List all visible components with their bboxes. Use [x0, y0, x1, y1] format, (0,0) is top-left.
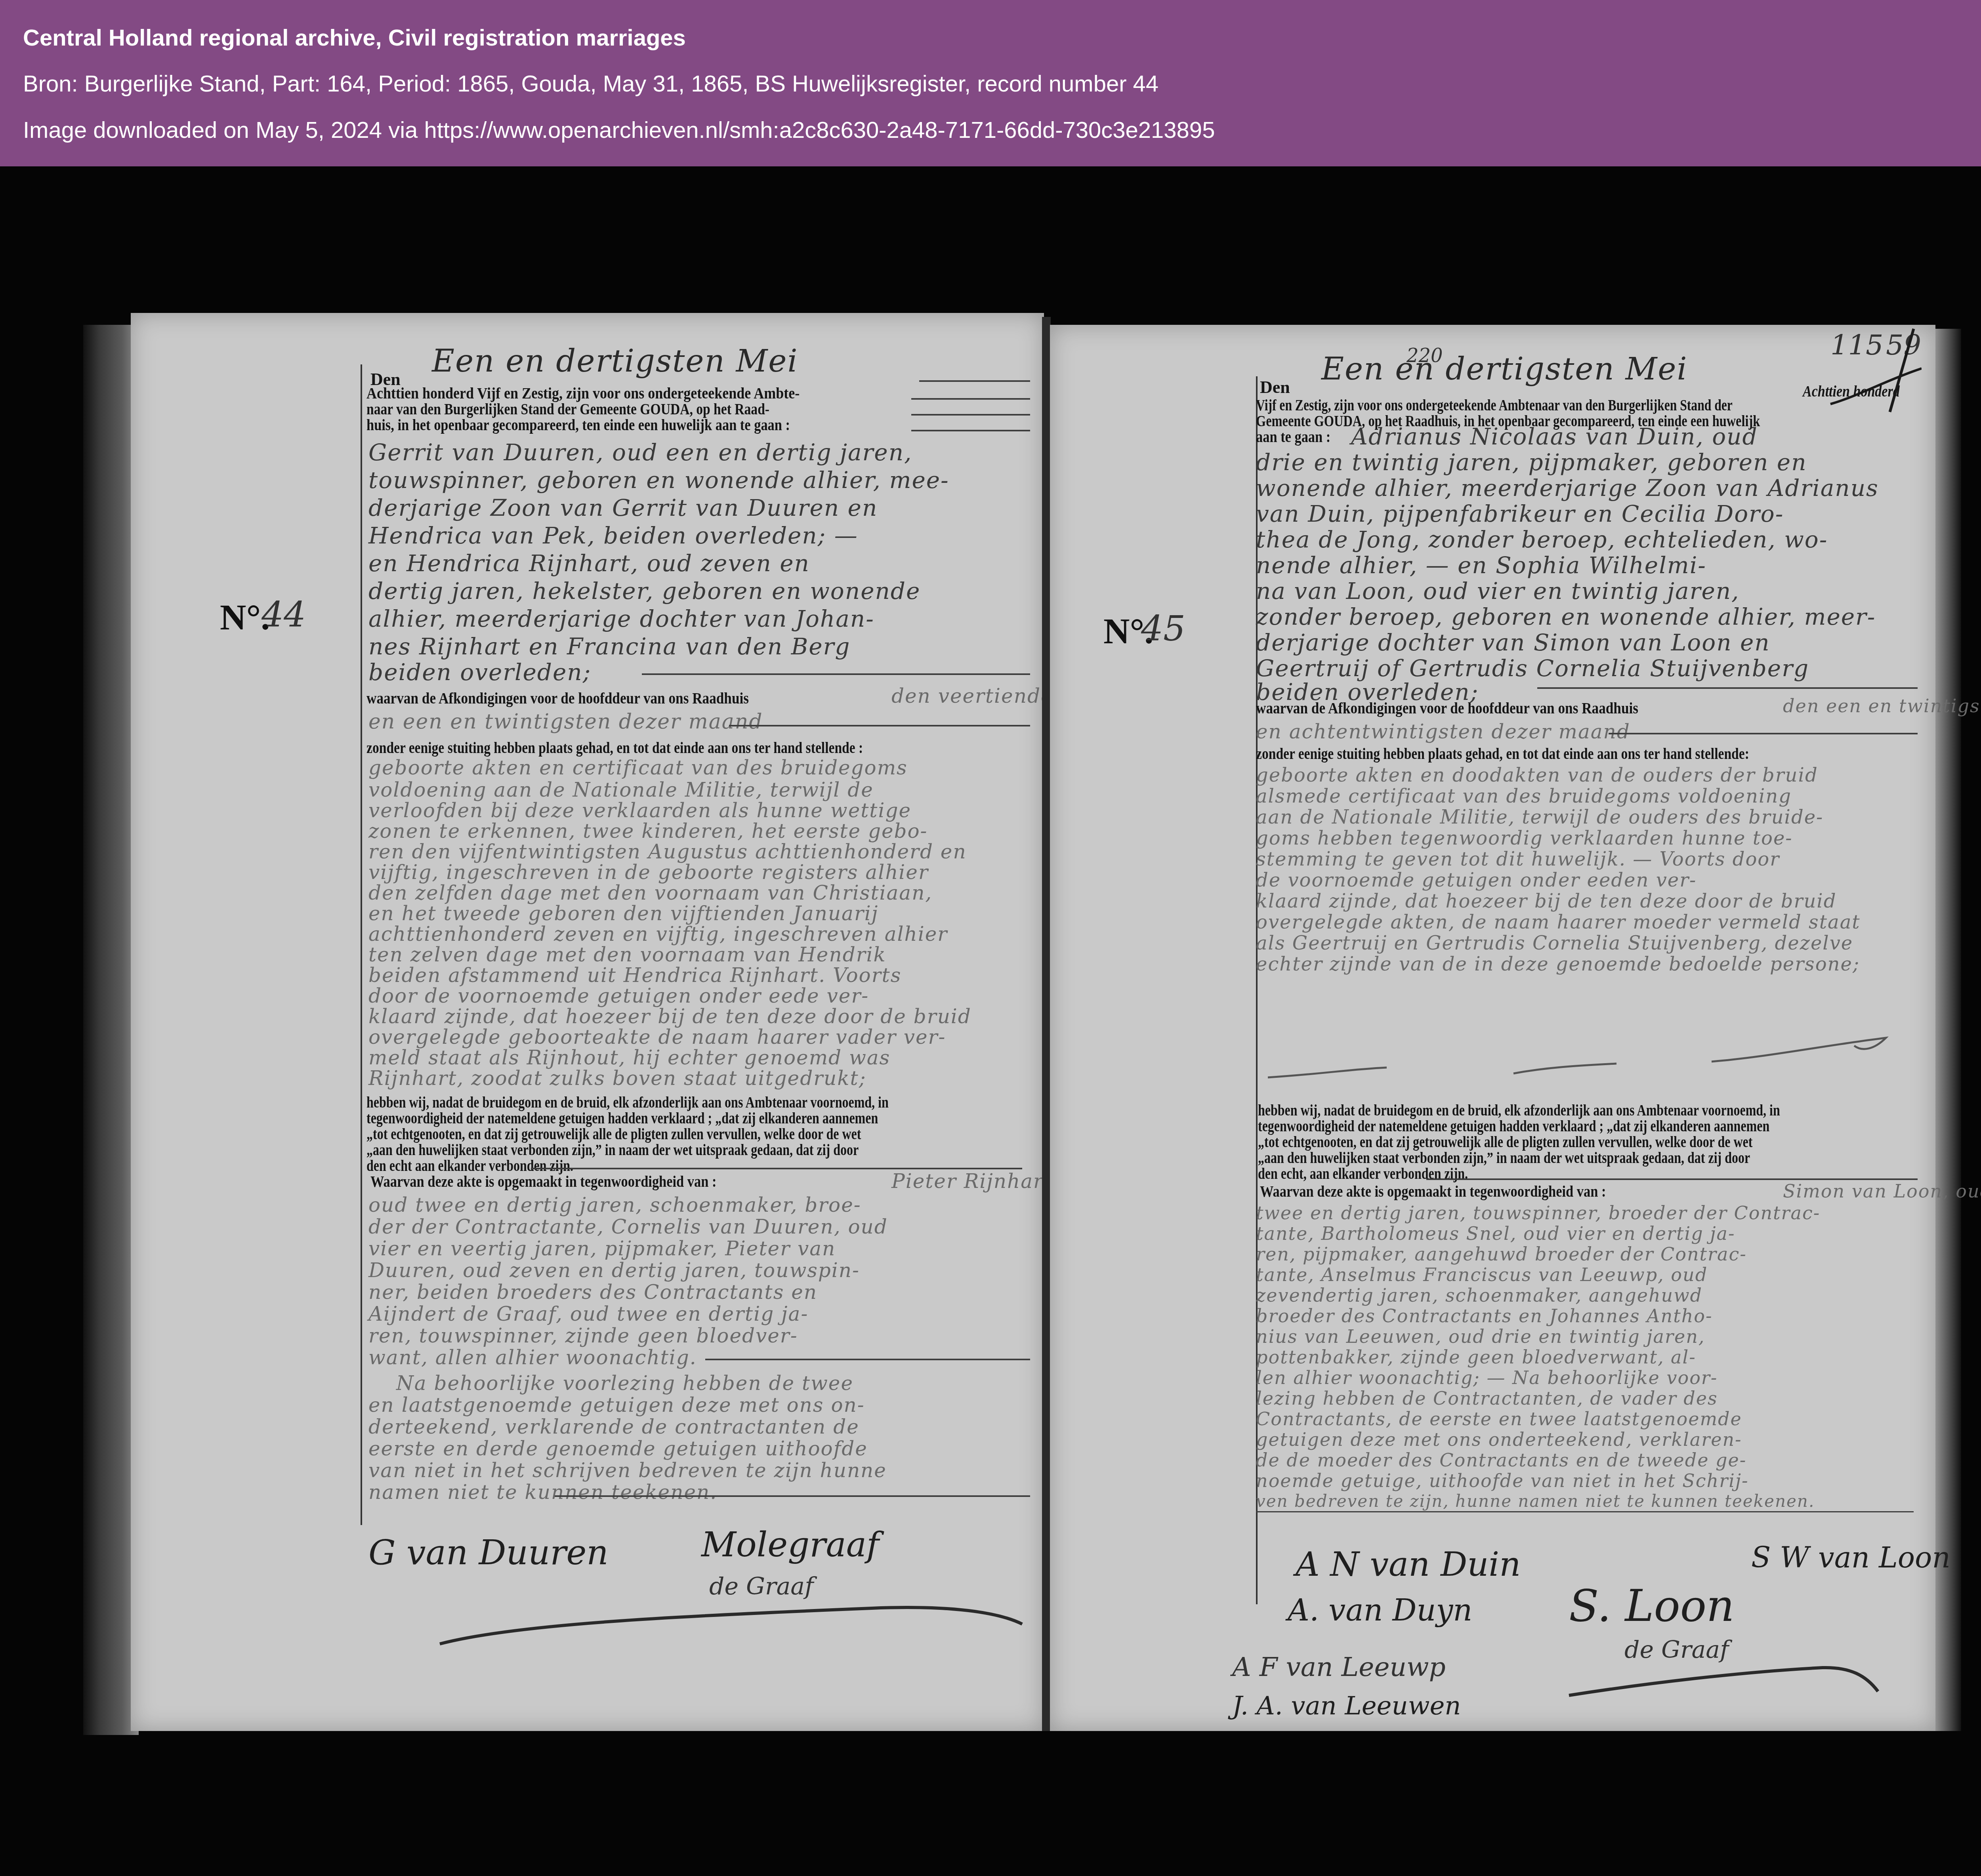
record-number-left: 44: [261, 594, 306, 635]
proclamation-date-2-right: en achtentwintigsten dezer maand: [1256, 719, 1630, 744]
intro-line-0-right: Achttien honderd: [1803, 382, 1900, 400]
rule: [911, 414, 1030, 416]
parties-line: derjarige Zoon van Gerrit van Duuren en: [368, 495, 878, 520]
bride-name-line: nende alhier, — en Sophia Wilhelmi-: [1256, 553, 1706, 578]
signature-groom-right: A N van Duin: [1296, 1545, 1521, 1584]
rule: [1256, 1511, 1914, 1512]
closing-line: namen niet te kunnen teekenen.: [368, 1479, 717, 1505]
source-citation: Bron: Burgerlijke Stand, Part: 164, Peri…: [23, 71, 1158, 97]
parties-line: na van Loon, oud vier en twintig jaren,: [1256, 578, 1740, 604]
parties-line: zonder beroep, geboren en wonende alhier…: [1256, 604, 1876, 629]
documents-line: echter zijnde van de in deze genoemde be…: [1256, 951, 1860, 977]
proclamation-date-1-left: den veertienden: [891, 683, 1067, 709]
record-number-right: 45: [1141, 608, 1185, 649]
documents-text-right: zonder eenige stuiting hebben plaats geh…: [1256, 745, 1749, 763]
rule: [642, 673, 1030, 675]
signature-father-right: A. van Duyn: [1288, 1592, 1472, 1628]
parties-line: wonende alhier, meerderjarige Zoon van A…: [1256, 475, 1879, 501]
rule: [919, 380, 1030, 382]
signature-witness-4-right: J. A. van Leeuwen: [1232, 1691, 1461, 1721]
bride-name-line: en Hendrica Rijnhart, oud zeven en: [368, 551, 810, 576]
signature-witness-3-right: A F van Leeuwp: [1232, 1652, 1446, 1682]
declaration-line: den echt, aan elkander verbonden zijn.: [1258, 1165, 1468, 1183]
download-info: Image downloaded on May 5, 2024 via http…: [23, 117, 1215, 143]
proclamation-date-1-right: den een en twintigsten: [1783, 693, 1981, 719]
rule: [911, 398, 1030, 400]
book-spine: [1042, 317, 1051, 1731]
rule: [1609, 733, 1918, 734]
documents-line: geboorte akten en certificaat van des br…: [368, 757, 908, 779]
rule: [555, 1495, 1030, 1497]
signature-witness-left: de Graaf: [709, 1573, 813, 1600]
witness-line: ven bedreven te zijn, hunne namen niet t…: [1256, 1489, 1815, 1514]
witnesses-printed-left: Waarvan deze akte is opgemaakt in tegenw…: [370, 1172, 716, 1191]
rule: [911, 430, 1030, 431]
book-edge-left: [83, 325, 139, 1735]
documents-line: Rijnhart, zoodat zulks boven staat uitge…: [368, 1066, 866, 1091]
groom-name-line: Adrianus Nicolaas van Duin, oud: [1351, 424, 1758, 449]
official-flourish-right: [1565, 1652, 1882, 1707]
parties-line: Hendrica van Pek, beiden overleden; —: [368, 523, 858, 548]
signature-bride-right: S W van Loon: [1751, 1541, 1950, 1574]
intro-line-3-right: aan te gaan :: [1256, 428, 1330, 446]
documents-text-left: zonder eenige stuiting hebben plaats geh…: [366, 739, 863, 757]
rule: [705, 1359, 1030, 1360]
parties-line: beiden overleden;: [368, 660, 591, 685]
parties-line: van Duin, pijpenfabrikeur en Cecilia Dor…: [1256, 501, 1784, 526]
parties-line: Geertruij of Gertrudis Cornelia Stuijven…: [1256, 656, 1809, 681]
signature-official-left: Molegraaf: [701, 1525, 879, 1565]
cancel-flourish-right: [1268, 1030, 1902, 1093]
parties-line: drie en twintig jaren, pijpmaker, gebore…: [1256, 450, 1807, 475]
signature-witness-1-right: S. Loon: [1569, 1580, 1735, 1631]
den-label-right: Den: [1260, 378, 1290, 397]
signature-groom-left: G van Duuren: [368, 1533, 609, 1573]
witnesses-printed-right: Waarvan deze akte is opgemaakt in tegenw…: [1260, 1182, 1606, 1201]
witness-line: want, allen alhier woonachtig.: [368, 1345, 697, 1370]
intro-line-3-left: huis, in het openbaar gecompareerd, ten …: [366, 416, 790, 434]
parties-line: derjarige dochter van Simon van Loon en: [1256, 630, 1770, 655]
folio-strike-mark: [1823, 325, 1922, 416]
marriage-date-left: Een en dertigsten Mei: [432, 349, 798, 374]
parties-line: thea de Jong, zonder beroep, echtelieden…: [1256, 527, 1828, 552]
witness-line: Pieter Rijnhart: [891, 1169, 1052, 1194]
marriage-date-right: Een en dertigsten Mei: [1321, 357, 1687, 382]
rule: [729, 725, 1030, 726]
groom-name-line: Gerrit van Duuren, oud een en dertig jar…: [368, 440, 912, 465]
archive-title: Central Holland regional archive, Civil …: [23, 25, 686, 51]
rule: [1537, 687, 1918, 689]
parties-line: alhier, meerderjarige dochter van Johan-: [368, 606, 874, 631]
left-margin-rule: [361, 364, 362, 1525]
proclamation-date-2-left: en een en twintigsten dezer maand: [368, 709, 763, 734]
proclamation-text-right: waarvan de Afkondigingen voor de hoofdde…: [1256, 699, 1638, 717]
official-flourish-left: [436, 1600, 1030, 1652]
archive-header-bar: Central Holland regional archive, Civil …: [0, 0, 1981, 166]
book-edge-right: [1933, 329, 1961, 1731]
proclamation-text-left: waarvan de Afkondigingen voor de hoofdde…: [366, 689, 749, 707]
parties-line: dertig jaren, hekelster, geboren en wone…: [368, 578, 920, 604]
parties-line: nes Rijnhart en Francina van den Berg: [368, 634, 850, 659]
parties-line: touwspinner, geboren en wonende alhier, …: [368, 467, 949, 493]
